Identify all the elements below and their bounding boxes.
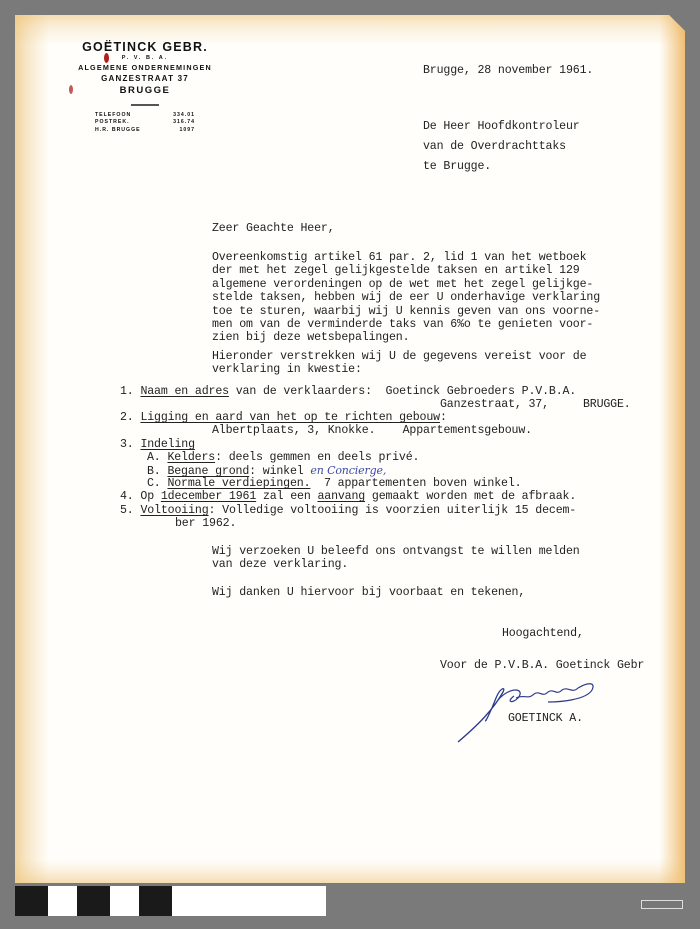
contact-trade-register: H.R. BRUGGE1097 <box>95 127 195 135</box>
paper-stain <box>15 15 49 883</box>
contact-phone: TELEFOON334.01 <box>95 112 195 120</box>
archive-label <box>641 900 683 909</box>
swatch-black <box>77 886 110 916</box>
letterhead: GOËTINCK GEBR. P. V. B. A. ALGEMENE ONDE… <box>50 40 240 134</box>
company-activity: ALGEMENE ONDERNEMINGEN <box>50 63 240 72</box>
list-item-1-address: Ganzestraat, 37, BRUGGE. <box>440 398 631 411</box>
date-line: Brugge, 28 november 1961. <box>423 64 593 77</box>
contact-list: TELEFOON334.01 POSTREK.316.74 H.R. BRUGG… <box>95 112 195 135</box>
legal-form: P. V. B. A. <box>50 55 240 61</box>
list-item-3: 3. Indeling <box>120 438 195 451</box>
paragraph-3: Wij verzoeken U beleefd ons ontvangst te… <box>212 545 580 572</box>
paper-stain <box>659 15 685 883</box>
handwritten-annotation: en Concierge, <box>310 464 386 477</box>
letter-page <box>15 15 685 883</box>
list-item-3a: A. Kelders: deels gemmen en deels privé. <box>147 451 419 464</box>
list-item-4: 4. Op 1december 1961 zal een aanvang gem… <box>120 490 576 503</box>
color-calibration-strip <box>15 886 326 916</box>
swatch-white <box>48 886 77 916</box>
salutation: Zeer Geachte Heer, <box>212 222 335 235</box>
list-item-3c: C. Normale verdiepingen. 7 appartementen… <box>147 477 521 490</box>
paragraph-2: Hieronder verstrekken wij U de gegevens … <box>212 350 586 377</box>
company-city: BRUGGE <box>50 85 240 96</box>
list-item-1: 1. Naam en adres van de verklaarders: Go… <box>120 385 576 398</box>
list-item-2-location: Albertplaats, 3, Knokke. Appartementsgeb… <box>212 424 532 437</box>
paragraph-4: Wij danken U hiervoor bij voorbaat en te… <box>212 586 525 599</box>
company-name: GOËTINCK GEBR. <box>50 40 240 54</box>
closing: Hoogachtend, <box>502 627 584 640</box>
list-item-5: 5. Voltooiing: Volledige voltooiing is v… <box>120 504 576 517</box>
recipient-block: De Heer Hoofdkontroleur van de Overdrach… <box>423 117 580 177</box>
list-item-2: 2. Ligging en aard van het op te richten… <box>120 411 447 424</box>
divider <box>131 104 159 106</box>
on-behalf-line: Voor de P.V.B.A. Goetinck Gebr <box>440 659 644 672</box>
swatch-white <box>172 886 326 916</box>
company-street: GANZESTRAAT 37 <box>50 74 240 83</box>
signatory-name: GOETINCK A. <box>508 712 583 725</box>
contact-postal-account: POSTREK.316.74 <box>95 119 195 127</box>
paper-stain <box>15 859 685 883</box>
swatch-black <box>139 886 172 916</box>
swatch-white <box>110 886 139 916</box>
list-item-5-continued: ber 1962. <box>175 517 236 530</box>
paragraph-1: Overeenkomstig artikel 61 par. 2, lid 1 … <box>212 251 600 345</box>
swatch-black <box>15 886 48 916</box>
